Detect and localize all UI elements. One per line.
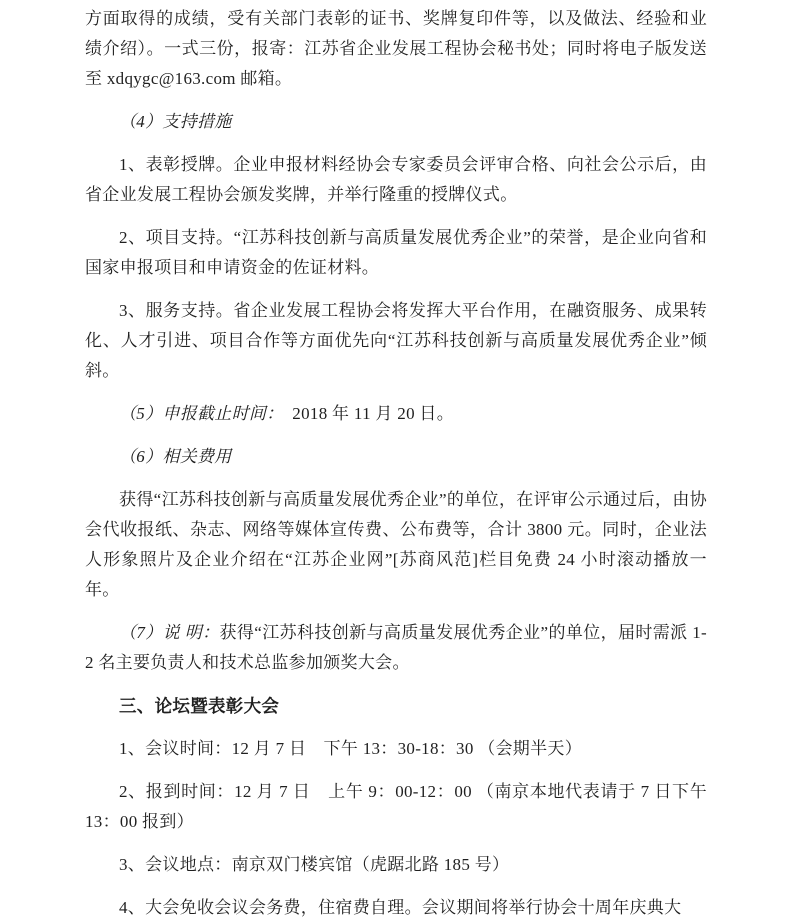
paragraph-meeting-time: 1、会议时间：12 月 7 日 下午 13：30-18：30 （会期半天） (85, 734, 707, 764)
paragraph-meeting-location: 3、会议地点：南京双门楼宾馆（虎踞北路 185 号） (85, 850, 707, 880)
paragraph-note: （7）说 明：获得“江苏科技创新与高质量发展优秀企业”的单位，届时需派 1-2 … (85, 618, 707, 678)
heading-forum-ceremony: 三、论坛暨表彰大会 (85, 691, 707, 721)
deadline-date: 2018 年 11 月 20 日。 (275, 404, 454, 423)
heading-support-measures: （4）支持措施 (85, 107, 707, 137)
paragraph-fees-waiver: 4、大会免收会议会务费，住宿费自理。会议期间将举行协会十周年庆典大 (85, 893, 707, 919)
paragraph-application-deadline: （5）申报截止时间： 2018 年 11 月 20 日。 (85, 399, 707, 429)
deadline-label: （5）申报截止时间： (119, 404, 275, 423)
document-page: 方面取得的成绩，受有关部门表彰的证书、奖牌复印件等，以及做法、经验和业绩介绍）。… (0, 0, 787, 919)
heading-related-fees: （6）相关费用 (85, 442, 707, 472)
paragraph-award-plaque: 1、表彰授牌。企业申报材料经协会专家委员会评审合格、向社会公示后，由省企业发展工… (85, 150, 707, 210)
paragraph-project-support: 2、项目支持。“江苏科技创新与高质量发展优秀企业”的荣誉，是企业向省和国家申报项… (85, 223, 707, 283)
paragraph-service-support: 3、服务支持。省企业发展工程协会将发挥大平台作用，在融资服务、成果转化、人才引进… (85, 296, 707, 386)
paragraph-mailing-instructions: 方面取得的成绩，受有关部门表彰的证书、奖牌复印件等，以及做法、经验和业绩介绍）。… (85, 4, 707, 94)
paragraph-fees-detail: 获得“江苏科技创新与高质量发展优秀企业”的单位，在评审公示通过后，由协会代收报纸… (85, 485, 707, 605)
note-label: （7）说 明： (119, 623, 220, 642)
paragraph-registration-time: 2、报到时间：12 月 7 日 上午 9：00-12：00 （南京本地代表请于 … (85, 777, 707, 837)
